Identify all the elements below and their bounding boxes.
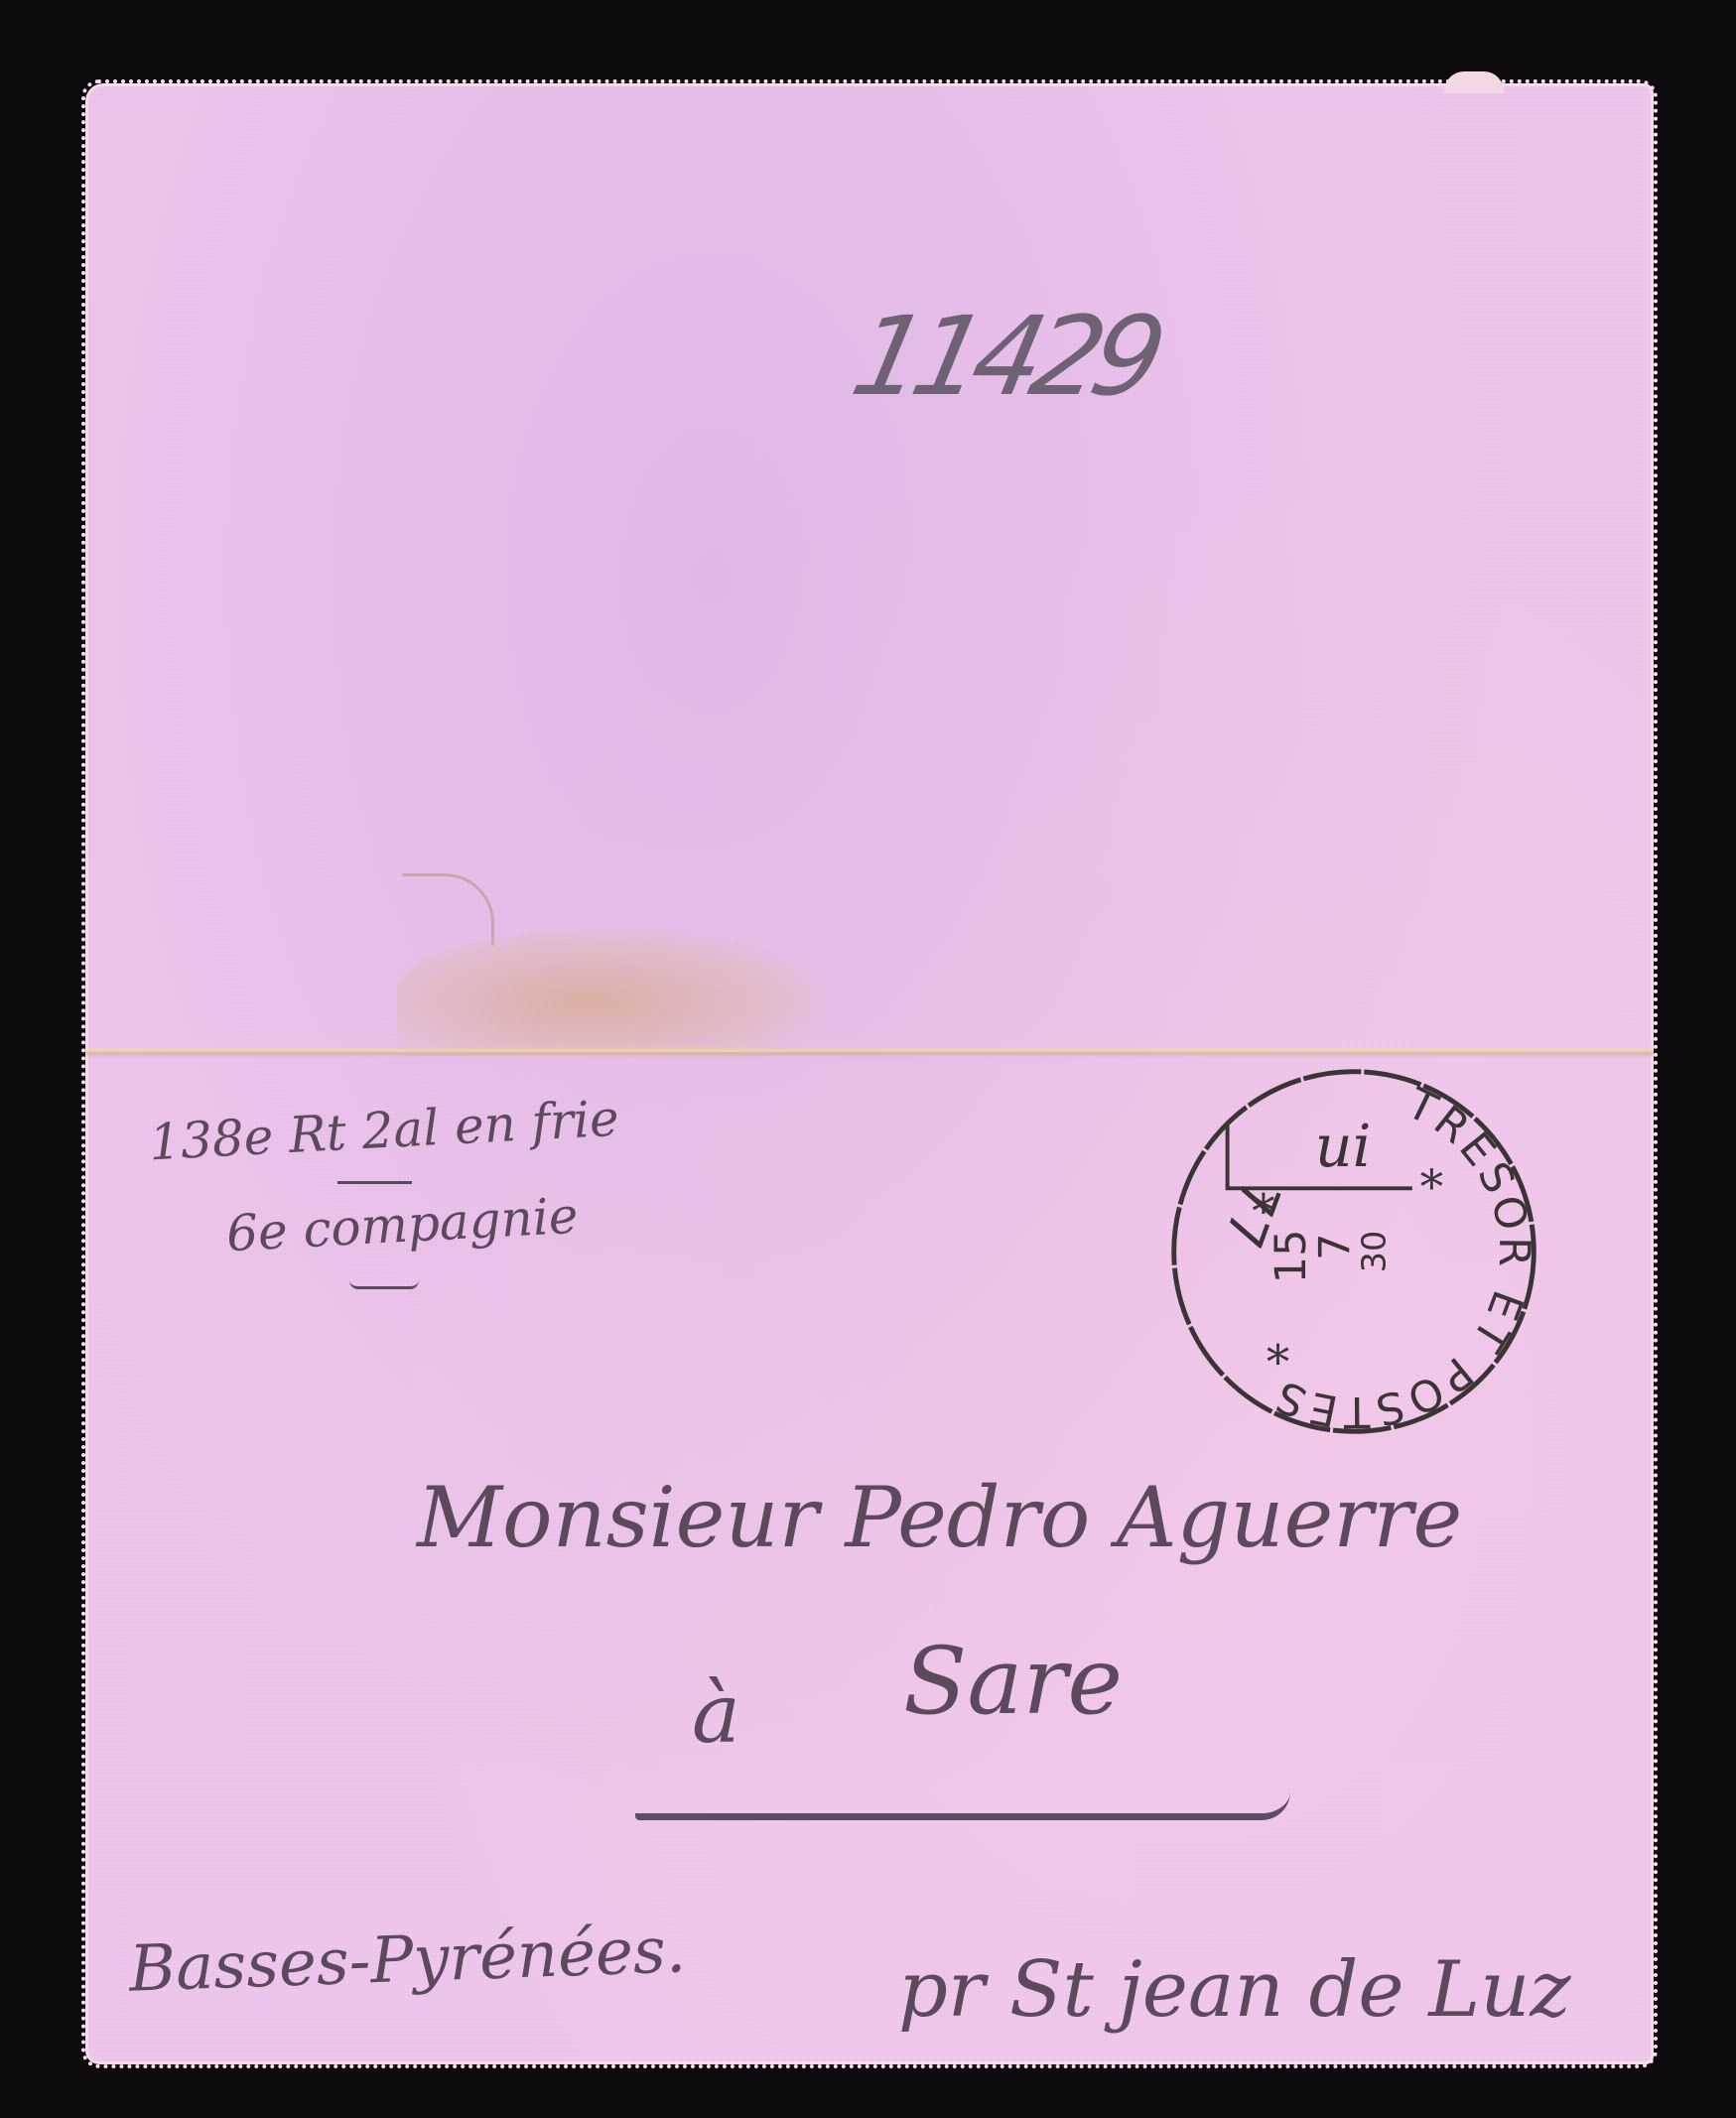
card-tab: [1444, 71, 1504, 93]
pencil-note: 11429: [842, 293, 1166, 420]
postmark-month: 7: [1310, 1233, 1360, 1259]
underline-squiggle: [349, 1280, 419, 1289]
routing-via: pr St jean de Luz: [898, 1945, 1570, 2035]
recipient-city: Sare: [903, 1628, 1123, 1736]
hand-cancel: ui: [1315, 1112, 1372, 1180]
star-icon: *: [1252, 1185, 1275, 1240]
recipient-name: Monsieur Pedro Aguerre: [417, 1469, 1462, 1566]
star-icon: *: [1420, 1160, 1444, 1215]
address-underline: [635, 1791, 1290, 1820]
star-icon: *: [1267, 1335, 1290, 1390]
underline: [337, 1181, 412, 1184]
address-preposition: à: [692, 1667, 740, 1762]
postmark-day: 30: [1354, 1231, 1393, 1272]
postmark: TRESOR ET POSTES 77 30 7 15 * * * ui: [1159, 1057, 1548, 1446]
stain: [397, 928, 824, 1052]
